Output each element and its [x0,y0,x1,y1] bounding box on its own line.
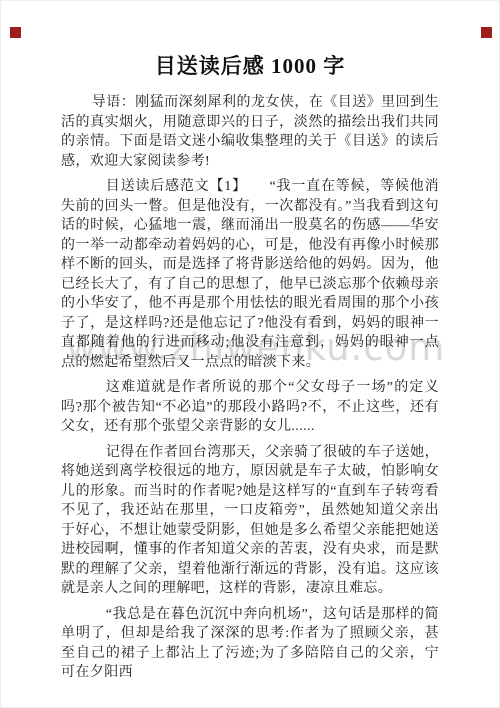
paragraph-body-4: “我总是在暮色沉沉中奔向机场”，这句话是那样的简单明了，但却是给我了深深的思考:… [61,605,439,683]
paragraph-body-3: 记得在作者回台湾那天，父亲骑了很破的车子送她，将她送到离学校很远的地方，原因就是… [61,443,439,599]
paragraph-intro: 导语：刚猛而深刻犀利的龙女侠，在《目送》里回到生活的真实烟火，用随意即兴的日子，… [61,93,439,171]
document-body: 目送读后感 1000 字 导语：刚猛而深刻犀利的龙女侠，在《目送》里回到生活的真… [0,0,500,683]
document-title: 目送读后感 1000 字 [61,50,439,80]
paragraph-body-1: 目送读后感范文【1】 “我一直在等候，等候他消失前的回头一瞥。但是他没有，一次都… [61,177,439,372]
paragraph-body-2: 这难道就是作者所说的那个“父女母子一场”的定义吗?那个被告知“不必追”的那段小路… [61,378,439,437]
document-page: www.zhiwenku.com 目送读后感 1000 字 导语：刚猛而深刻犀利… [0,0,500,708]
